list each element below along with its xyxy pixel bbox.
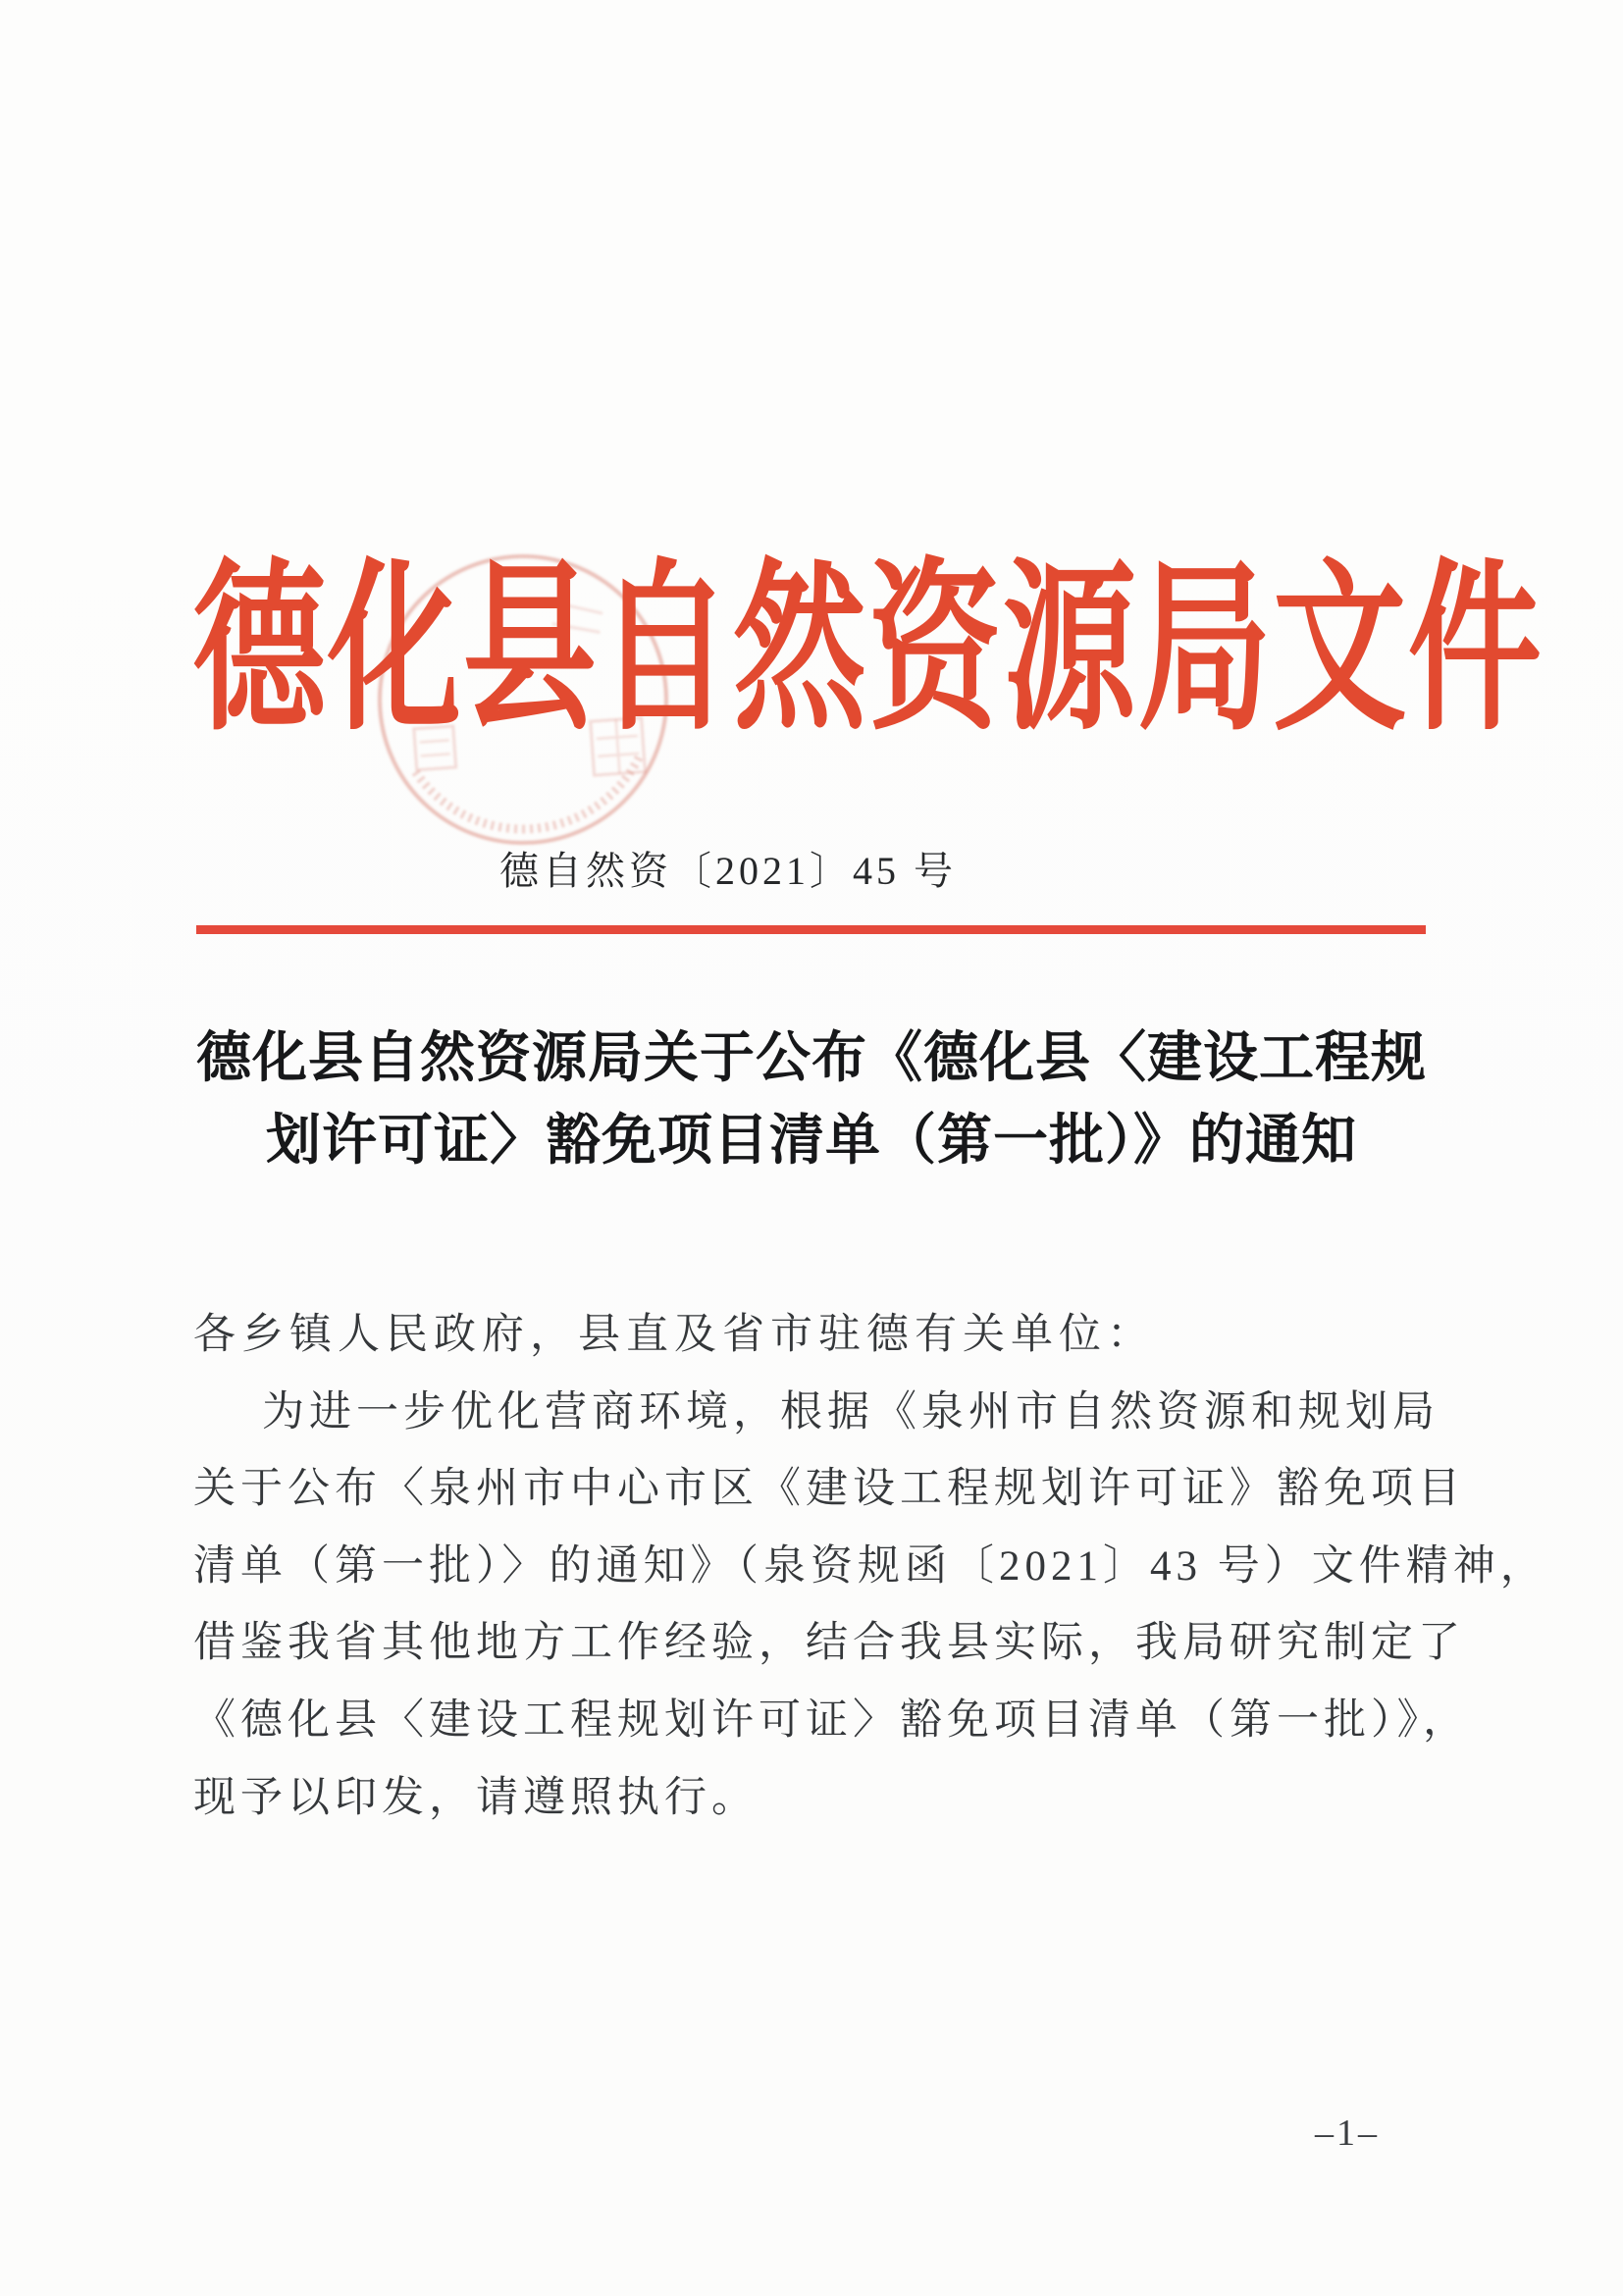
body-line: 关于公布〈泉州市中心市区《建设工程规划许可证》豁免项目 [193,1451,1547,1529]
body-line: 为进一步优化营商环境，根据《泉州市自然资源和规划局 [193,1375,1547,1452]
notice-body: 各乡镇人民政府，县直及省市驻德有关单位： 为进一步优化营商环境，根据《泉州市自然… [193,1297,1547,1837]
body-line: 《德化县〈建设工程规划许可证〉豁免项目清单（第一批）》， [193,1683,1547,1760]
scanned-notice-page: 德化县自然资源局文件 德自然资〔2021〕45 号 德化县自然资源局关于公布《德… [0,0,1623,2296]
page-number: –1– [1315,2112,1380,2155]
body-line: 现予以印发，请遵照执行。 [193,1760,1547,1838]
notice-heading: 德化县自然资源局关于公布《德化县〈建设工程规 划许可证〉豁免项目清单（第一批）》… [0,1018,1623,1182]
seal-arc-marks [416,757,645,837]
body-line: 清单（第一批）〉的通知》（泉资规函〔2021〕43 号）文件精神， [193,1529,1547,1606]
body-line: 借鉴我省其他地方工作经验，结合我县实际，我局研究制定了 [193,1605,1547,1683]
notice-heading-line-1: 德化县自然资源局关于公布《德化县〈建设工程规 [0,1018,1623,1100]
agency-title: 德化县自然资源局文件 [192,543,1491,758]
red-divider-rule [196,925,1426,934]
doc-number: 德自然资〔2021〕45 号 [0,847,1540,896]
notice-heading-line-2: 划许可证〉豁免项目清单（第一批）》的通知 [0,1100,1623,1182]
salutation-line: 各乡镇人民政府，县直及省市驻德有关单位： [193,1297,1547,1375]
